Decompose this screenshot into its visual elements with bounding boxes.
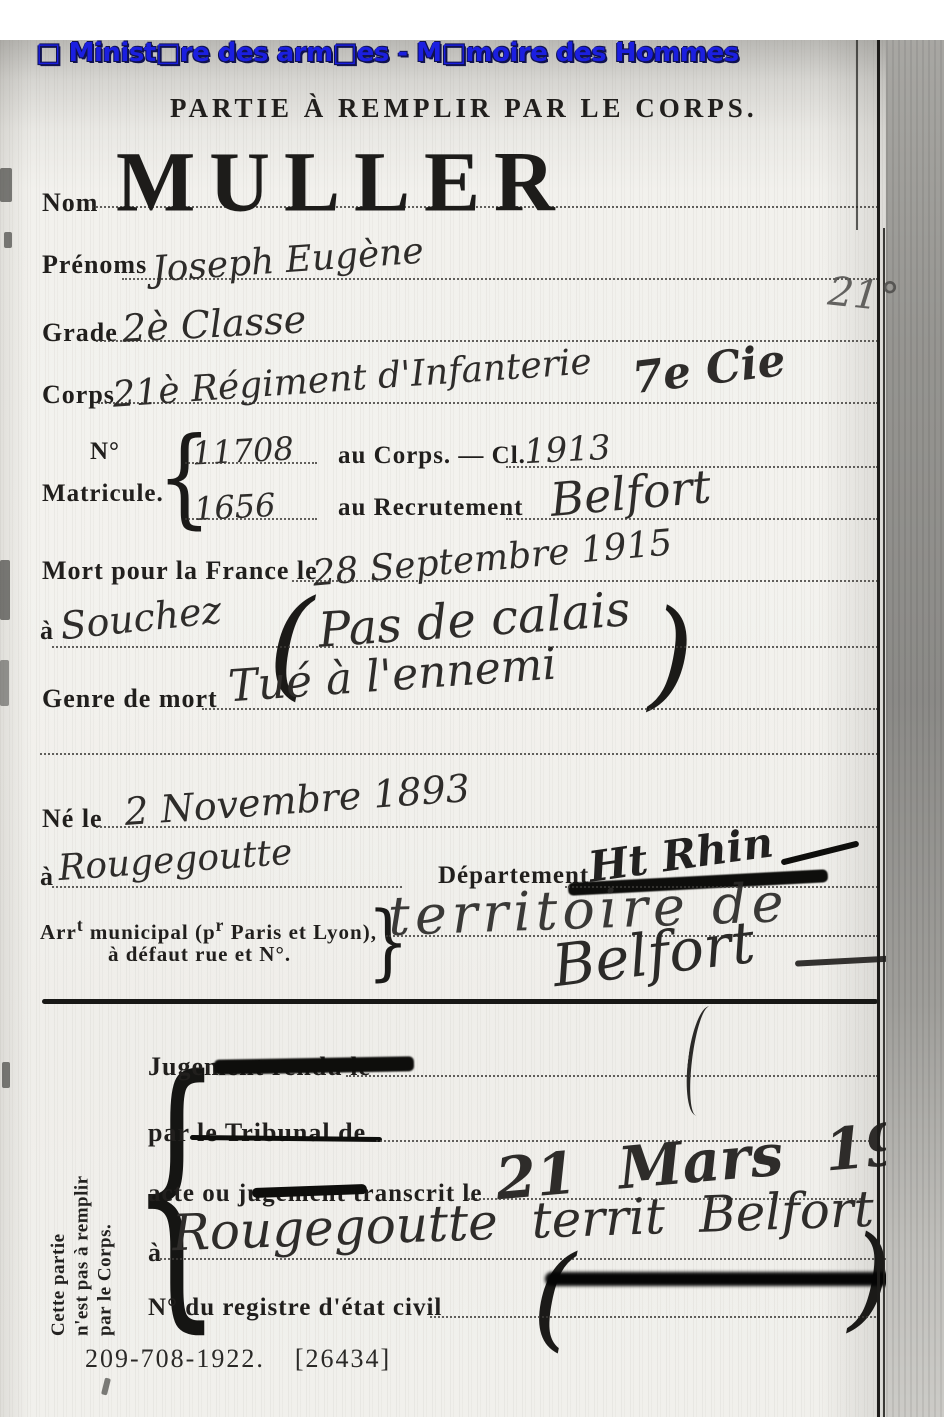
- field-label-genre-mort: Genre de mort: [42, 684, 218, 714]
- field-label-prenoms: Prénoms: [42, 250, 147, 280]
- matricule-row2-label: au Recrutement: [338, 494, 523, 522]
- arr-label-sup: t: [77, 915, 84, 935]
- screenshot: □ Minist□re des arm□es - M□moire des Hom…: [0, 0, 944, 1417]
- marge-line: Cette partie: [47, 1175, 70, 1336]
- paren-close: ): [648, 594, 694, 712]
- dotted-line: [506, 518, 878, 520]
- field-label-registre: N° du registre d'état civil: [148, 1294, 442, 1322]
- field-label-lieu-mort: à: [40, 616, 54, 646]
- matricule-num-corps: 11708: [191, 429, 295, 472]
- page-edge-shadow: [886, 40, 944, 1417]
- page-edge-line: [883, 228, 885, 1417]
- field-label-arrondissement-2: à défaut rue et N°.: [108, 942, 291, 967]
- field-value-nom: MULLER: [116, 133, 569, 232]
- dotted-line: [202, 708, 878, 710]
- matricule-num-recrutement: 1656: [193, 486, 276, 528]
- viewer-brand-overlay: □ Minist□re des arm□es - M□moire des Hom…: [36, 38, 739, 68]
- dotted-line: [346, 1075, 878, 1077]
- ink-speck: [0, 660, 9, 706]
- footer-reference: 209-708-1922. [26434]: [85, 1344, 391, 1374]
- dotted-line: [160, 1258, 894, 1260]
- dotted-line: [52, 886, 402, 888]
- dotted-line: [40, 753, 878, 755]
- arr-label-part: Arr: [40, 920, 77, 944]
- field-label-matricule: Matricule.: [42, 480, 164, 508]
- footer-print-code: 209-708-1922.: [85, 1344, 265, 1374]
- page-edge-line: [877, 40, 880, 1417]
- paren-open: (: [532, 1242, 576, 1354]
- field-label-matricule-no: N°: [90, 438, 120, 466]
- dotted-line: [430, 1316, 876, 1318]
- arr-label-part: Paris et Lyon),: [224, 920, 377, 944]
- field-label-nom: Nom: [42, 188, 98, 218]
- dotted-line: [185, 518, 317, 520]
- footer-bracket-code: [26434]: [295, 1344, 391, 1374]
- section-divider: [42, 999, 878, 1004]
- ink-speck: [0, 560, 10, 620]
- arr-label-part: municipal (p: [84, 920, 216, 944]
- ink-speck: [4, 232, 12, 248]
- ink-speck: [2, 1062, 10, 1088]
- dotted-line: [292, 580, 878, 582]
- marginal-note: Cette partie n'est pas à remplir par le …: [46, 1078, 118, 1336]
- matricule-row1-label: au Corps. — Cl.: [338, 442, 526, 470]
- field-label-grade: Grade: [42, 318, 118, 348]
- field-label-tribunal: par le Tribunal de: [148, 1118, 366, 1148]
- field-label-corps: Corps: [42, 380, 115, 410]
- page-number-annotation: 21°: [826, 268, 901, 321]
- ink-smear: [545, 1272, 907, 1286]
- section-title: PARTIE À REMPLIR PAR LE CORPS.: [170, 93, 758, 124]
- field-label-arrondissement: Arrt municipal (pr Paris et Lyon),: [40, 915, 377, 945]
- page-edge-line: [856, 40, 858, 230]
- field-label-transcription-lieu: à: [148, 1238, 162, 1268]
- marge-line: n'est pas à remplir: [70, 1175, 93, 1336]
- dotted-line: [185, 462, 317, 464]
- field-label-ne-le: Né le: [42, 804, 103, 834]
- marge-line: par le Corps.: [94, 1175, 117, 1336]
- ink-speck: [0, 168, 12, 202]
